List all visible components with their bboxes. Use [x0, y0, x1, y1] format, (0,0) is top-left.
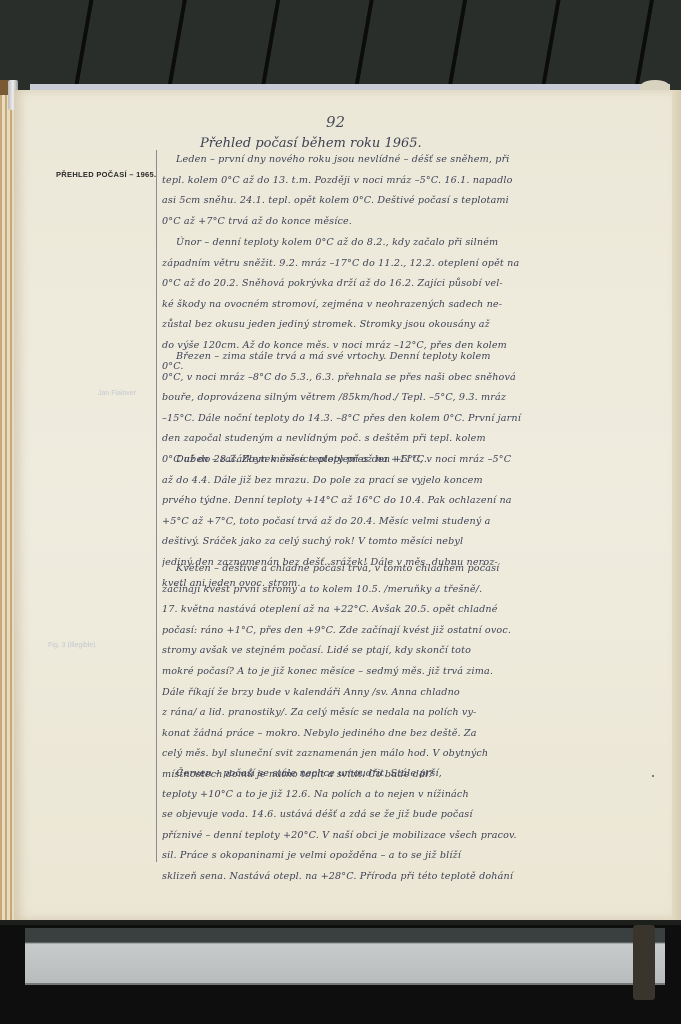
- handwritten-line: Duben – začátkem měsíce teploty přes den…: [162, 450, 640, 471]
- handwritten-line: začínají kvést první stromy a to kolem 1…: [162, 580, 640, 601]
- handwritten-line: Dále říkají že brzy bude v kalendáři Ann…: [162, 683, 640, 704]
- handwritten-line: sklizeň sena. Nastává otepl. na +28°C. P…: [162, 867, 640, 888]
- handwritten-line: asi 5cm sněhu. 24.1. tepl. opět kolem 0°…: [162, 191, 640, 212]
- handwritten-line: západním větru sněžit. 9.2. mráz –17°C d…: [162, 254, 640, 275]
- handwritten-line: příznivé – denní teploty +20°C. V naší o…: [162, 826, 640, 847]
- handwritten-line: Červen – počasí se stále nechce umoudřit…: [162, 764, 640, 785]
- handwritten-line: počasí: ráno +1°C, přes den +9°C. Zde za…: [162, 621, 640, 642]
- handwritten-line: Březen – zima stále trvá a má své vrtoch…: [162, 347, 640, 368]
- margin-rule: [156, 150, 157, 862]
- handwritten-line: prvého týdne. Denní teploty +14°C až 16°…: [162, 491, 640, 512]
- handwritten-line: 17. května nastává oteplení až na +22°C.…: [162, 600, 640, 621]
- ink-speck: [652, 775, 654, 777]
- handwritten-line: tepl. kolem 0°C až do 13. t.m. Později v…: [162, 171, 640, 192]
- handwritten-line: sil. Práce s okopaninami je velmi opoždě…: [162, 846, 640, 867]
- handwritten-line: Leden – první dny nového roku jsou nevlí…: [162, 150, 640, 171]
- margin-note: PŘEHLED POČASÍ – 1965.: [56, 170, 156, 179]
- handwritten-line: deštivý. Sráček jako za celý suchý rok! …: [162, 532, 640, 553]
- book-strap: [633, 925, 655, 1000]
- handwritten-line: 0°C až +7°C trvá až do konce měsíce.: [162, 212, 640, 233]
- faint-stamp: Fig. 3 (illegible): [48, 642, 95, 649]
- handwritten-line: bouře, doprovázena silným větrem /85km/h…: [162, 388, 640, 409]
- handwritten-line: až do 4.4. Dále již bez mrazu. Do pole z…: [162, 471, 640, 492]
- handwritten-line: Únor – denní teploty kolem 0°C až do 8.2…: [162, 233, 640, 254]
- handwritten-line: –15°C. Dále noční teploty do 14.3. –8°C …: [162, 409, 640, 430]
- faint-stamp: Jan Fialover: [98, 390, 136, 397]
- document-title: Přehled počasí během roku 1965.: [200, 136, 422, 151]
- paragraph-january: Leden – první dny nového roku jsou nevlí…: [162, 150, 640, 232]
- handwritten-line: mokré počasí? A to je již konec měsíce –…: [162, 662, 640, 683]
- handwritten-line: Květen – deštivé a chladné počasí trvá, …: [162, 559, 640, 580]
- handwritten-line: +5°C až +7°C, toto počasí trvá až do 20.…: [162, 512, 640, 533]
- book-stand: [25, 928, 665, 985]
- handwritten-line: teploty +10°C a to je již 12.6. Na políc…: [162, 785, 640, 806]
- handwritten-line: se objevuje voda. 14.6. ustává déšť a zd…: [162, 805, 640, 826]
- paragraph-june: Červen – počasí se stále nechce umoudřit…: [162, 764, 640, 888]
- handwritten-line: stromy avšak ve stejném počasí. Lidé se …: [162, 641, 640, 662]
- handwritten-line: 0°C až do 20.2. Sněhová pokrývka drží až…: [162, 274, 640, 295]
- handwritten-line: den započal studeným a nevlídným poč. s …: [162, 429, 640, 450]
- handwritten-line: z rána/ a lid. pranostiky/. Za celý měsí…: [162, 703, 640, 724]
- handwritten-line: konat žádná práce – mokro. Nebylo jediné…: [162, 724, 640, 745]
- handwritten-line: zůstal bez okusu jeden jediný stromek. S…: [162, 315, 640, 336]
- handwritten-line: celý měs. byl sluneční svit zaznamenán j…: [162, 744, 640, 765]
- handwritten-line: 0°C, v noci mráz –8°C do 5.3., 6.3. přeh…: [162, 368, 640, 389]
- page-number: 92: [326, 113, 345, 131]
- paragraph-may: Květen – deštivé a chladné počasí trvá, …: [162, 559, 640, 786]
- handwritten-line: ké škody na ovocném stromoví, zejména v …: [162, 295, 640, 316]
- background-wall: [0, 0, 681, 90]
